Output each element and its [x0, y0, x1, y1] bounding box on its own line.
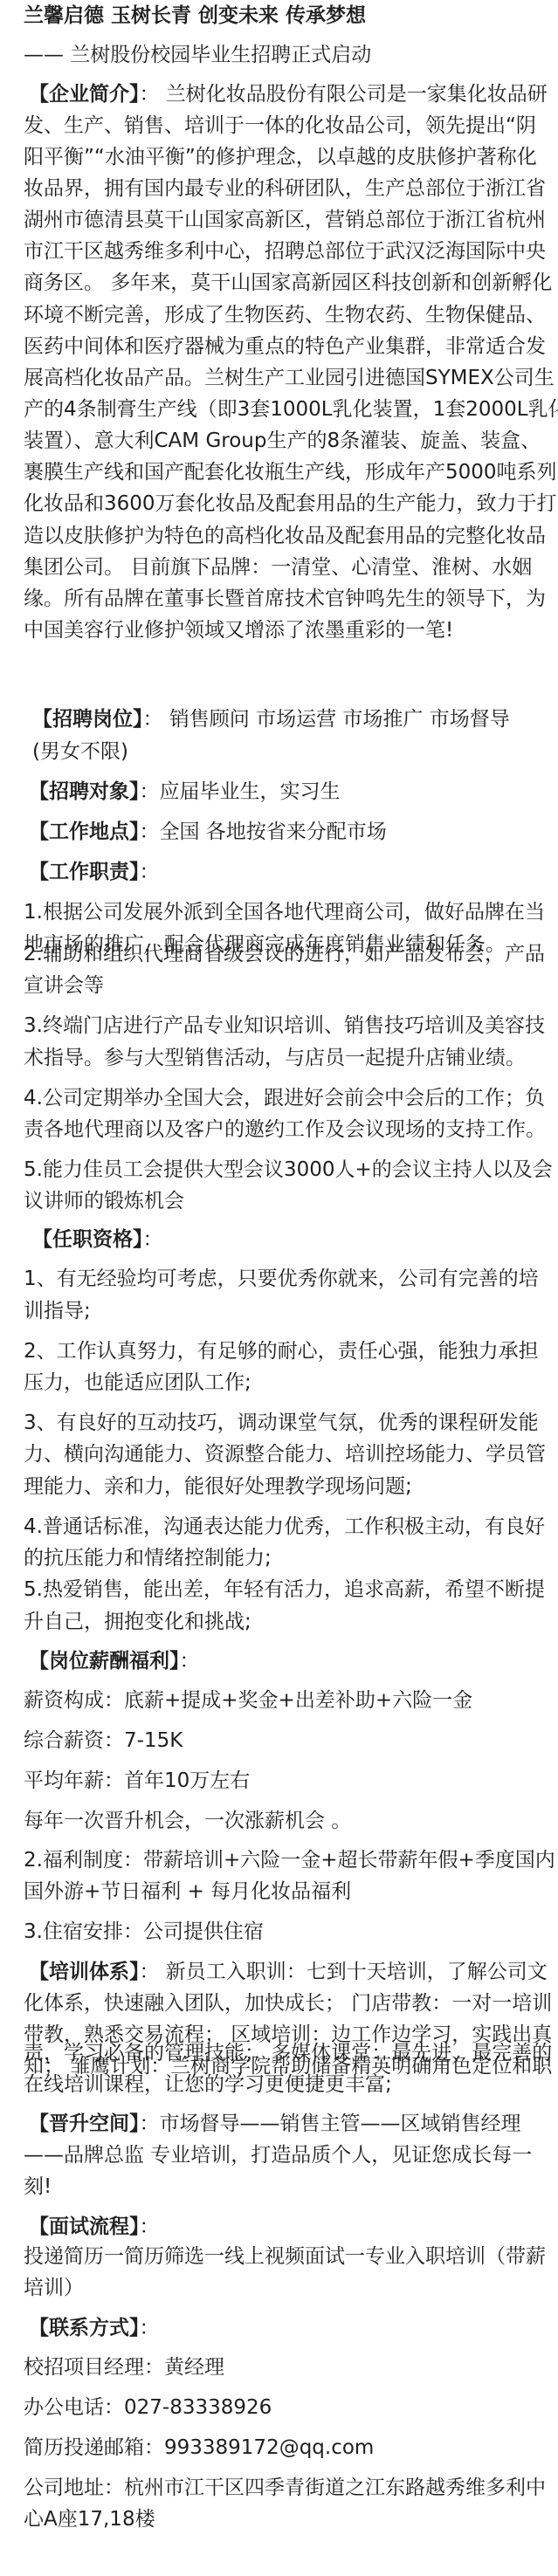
positions-note: (男女不限): [24, 738, 128, 765]
location-line: 【工作地点】：全国 各地按省来分配市场: [24, 819, 387, 845]
duties-heading: 【工作职责】：: [24, 859, 160, 885]
housing: 3.住宿安排：公司提供住宿: [24, 1919, 264, 1945]
company-intro-line: 发、生产、销售、培训于一体的化妆品公司，领先提出“阴: [24, 113, 536, 139]
contact-phone[interactable]: 办公电话：027-83338926: [24, 2394, 272, 2421]
section-label-company: 【企业简介】: [29, 83, 140, 106]
training-text: 新员工入职训：七到十天培训，了解公司文: [160, 1961, 548, 1983]
duty-item: 1.根据公司发展外派到全国各地代理商公司，做好品牌在当: [24, 899, 545, 925]
separator: ：: [180, 1650, 200, 1673]
separator: ：: [143, 708, 163, 731]
qualification-item: 训指导;: [24, 1298, 91, 1324]
qualification-item: 压力，也能适应团队工作;: [24, 1370, 251, 1396]
compensation-heading: 【岗位薪酬福利】：: [24, 1648, 200, 1674]
separator: ：: [143, 1228, 163, 1251]
company-intro-line: 集团公司。 目前旗下品牌：一清堂、心清堂、淮树、水姻: [24, 554, 532, 580]
duty-item: 议讲师的锻炼机会: [24, 1188, 184, 1214]
separator: ：: [140, 1961, 160, 1983]
section-label-compensation: 【岗位薪酬福利】: [29, 1650, 180, 1673]
qualification-item: 力、横向沟通能力、资源整合能力、培训控场能力、学员管: [24, 1441, 546, 1467]
qualification-item: 升自己，拥抱变化和挑战;: [24, 1609, 251, 1635]
company-intro-line: 湖州市德清县莫干山国家高新区，营销总部位于浙江省杭州: [24, 207, 546, 233]
company-intro-line: 中国美容行业修护领域又增添了浓墨重彩的一笔!: [24, 617, 453, 643]
duty-item: 宣讲会等: [24, 972, 104, 999]
company-intro-line: 裹膜生产线和国产配套化妆瓶生产线，形成年产5000吨系列: [24, 459, 557, 485]
duty-item: 2.辅助和组织代理商省级会议的进行，如产品发布会，产品: [24, 941, 545, 967]
section-label-contact: 【联系方式】: [29, 2317, 140, 2339]
company-intro-line: 化妆品和3600万套化妆品及配套用品的生产能力，致力于打: [24, 491, 557, 517]
company-intro-line: 环境不断完善，形成了生物医药、生物农药、生物保健品、: [24, 302, 546, 328]
training-line: 化体系，快速融入团队，加快成长； 门店带教：一对一培训: [24, 1990, 552, 2016]
section-label-positions: 【招聘岗位】: [32, 708, 143, 731]
location-value: 全国 各地按省来分配市场: [160, 821, 387, 843]
company-intro-first-line: 【企业简介】： 兰树化妆品股份有限公司是一家集化妆品研: [24, 81, 548, 107]
contact-manager: 校招项目经理：黄经理: [24, 2354, 224, 2380]
section-label-training: 【培训体系】: [29, 1961, 140, 1983]
separator: ：: [140, 2317, 160, 2339]
target-value: 应届毕业生，实习生: [160, 780, 341, 803]
separator: ：: [140, 2112, 160, 2135]
qualification-item: 3、有良好的互动技巧，调动课堂气氛，优秀的课程研发能: [24, 1410, 539, 1436]
qualification-item: 5.热爱销售，能出差，年轻有活力，追求高薪，希望不断提: [24, 1577, 545, 1603]
interview-line: 培训）: [24, 2275, 84, 2301]
career-path: 市场督导——销售主管——区域销售经理: [160, 2112, 521, 2135]
page-title: 兰馨启德 玉树长青 创变未来 传承梦想: [24, 3, 366, 29]
separator: ：: [140, 821, 160, 843]
company-intro-line: 阳平衡”“水油平衡”的修护理念，以卓越的皮肤修护著称化: [24, 144, 537, 170]
contact-email[interactable]: 简历投递邮箱：993389172@qq.com: [24, 2435, 374, 2461]
contact-heading: 【联系方式】：: [24, 2315, 160, 2341]
duty-item: 4.公司定期举办全国大会，跟进好会前会中会后的工作；负: [24, 1085, 545, 1111]
career-line: ——品牌总监 专业培训，打造品质个人，见证您成长每一: [24, 2142, 532, 2168]
duty-item: 责各地代理商以及客户的邀约工作及会议现场的支持工作。: [24, 1116, 546, 1143]
training-line: 责，学习必备的管理技能； 多媒体课堂：最先进、最完善的: [24, 2040, 552, 2066]
annual-salary: 平均年薪：首年10万左右: [24, 1768, 250, 1794]
company-intro-line: 装置）、意大利CAM Group生产的8条灌装、旋盖、装盒、: [24, 428, 541, 454]
qualification-item: 1、有无经验均可考虑，只要优秀你就来，公司有完善的培: [24, 1266, 539, 1292]
section-label-interview: 【面试流程】: [29, 2215, 140, 2238]
section-label-location: 【工作地点】: [29, 821, 140, 843]
separator: ：: [140, 861, 160, 883]
separator: ：: [140, 2215, 160, 2238]
section-label-duties: 【工作职责】: [29, 861, 140, 883]
salary-range: 综合薪资：7-15K: [24, 1728, 183, 1754]
qualification-item: 理能力、亲和力，能很好处理教学现场问题;: [24, 1473, 412, 1500]
section-label-target: 【招聘对象】: [29, 780, 140, 803]
career-line: 刻!: [24, 2174, 52, 2200]
company-intro-line: 展高档化妆品产品。兰树生产工业园引进德国SYMEX公司生: [24, 365, 555, 391]
separator: ：: [140, 83, 160, 106]
company-intro-line: 妆品界，拥有国内最专业的科研团队，生产总部位于浙江省: [24, 175, 546, 202]
positions-line: 【招聘岗位】： 销售顾问 市场运营 市场推广 市场督导: [24, 706, 510, 732]
contact-address: 心A座17,18楼: [24, 2506, 155, 2532]
interview-line: 投递简历一简历筛选一线上视频面试一专业入职培训（带薪: [24, 2243, 546, 2270]
benefits-line: 国外游+节日福利 + 每月化妆品福利: [24, 1879, 351, 1905]
contact-address: 公司地址：杭州市江干区四季青街道之江东路越秀维多利中: [24, 2475, 546, 2501]
qualifications-heading: 【任职资格】：: [24, 1226, 163, 1253]
qualification-item: 的抗压能力和情绪控制能力;: [24, 1545, 272, 1571]
promotion-chance: 每年一次晋升机会，一次涨薪机会 。: [24, 1808, 351, 1834]
page-subtitle: —— 兰树股份校园毕业生招聘正式启动: [24, 42, 371, 68]
training-first-line: 【培训体系】： 新员工入职训：七到十天培训，了解公司文: [24, 1959, 548, 1985]
salary-structure: 薪资构成：底薪+提成+奖金+出差补助+六险一金: [24, 1687, 472, 1714]
positions-value: 销售顾问 市场运营 市场推广 市场督导: [163, 708, 510, 731]
company-intro-line: 造以皮肤修护为特色的高档化妆品及配套用品的完整化妆品: [24, 523, 546, 549]
separator: ：: [140, 780, 160, 803]
benefits-line: 2.福利制度：带薪培训+六险一金+超长带薪年假+季度国内: [24, 1847, 555, 1873]
company-intro-line: 缘。所有品牌在董事长暨首席技术官钟鸣先生的领导下，为: [24, 586, 546, 612]
duty-item: 术指导。参与大型销售活动，与店员一起提升店铺业绩。: [24, 1045, 526, 1071]
qualification-item: 2、工作认真努力，有足够的耐心，责任心强，能独力承担: [24, 1338, 539, 1364]
section-label-career: 【晋升空间】: [29, 2112, 140, 2135]
section-label-qualifications: 【任职资格】: [32, 1228, 143, 1251]
duty-item: 5.能力佳员工会提供大型会议3000人+的会议主持人以及会: [24, 1157, 553, 1183]
target-line: 【招聘对象】：应届毕业生，实习生: [24, 779, 341, 805]
interview-heading: 【面试流程】：: [24, 2214, 160, 2240]
company-intro-line: 商务区。 多年来，莫干山国家高新园区科技创新和创新孵化: [24, 270, 552, 296]
company-intro-line: 医药中间体和医疗器械为重点的特色产业集群，非常适合发: [24, 333, 546, 360]
training-line: 在线培训课程，让您的学习更便捷更丰富;: [24, 2071, 392, 2098]
company-intro-line: 市江干区越秀维多利中心，招聘总部位于武汉泛海国际中央: [24, 238, 546, 264]
career-first-line: 【晋升空间】：市场督导——销售主管——区域销售经理: [24, 2111, 521, 2137]
company-intro-line: 产的4条制膏生产线（即3套1000L乳化装置，1套2000L乳化: [24, 396, 558, 422]
company-intro-text: 兰树化妆品股份有限公司是一家集化妆品研: [160, 83, 548, 106]
duty-item: 3.终端门店进行产品专业知识培训、销售技巧培训及美容技: [24, 1013, 545, 1039]
qualification-item: 4.普通话标准，沟通表达能力优秀，工作积极主动，有良好: [24, 1514, 545, 1540]
